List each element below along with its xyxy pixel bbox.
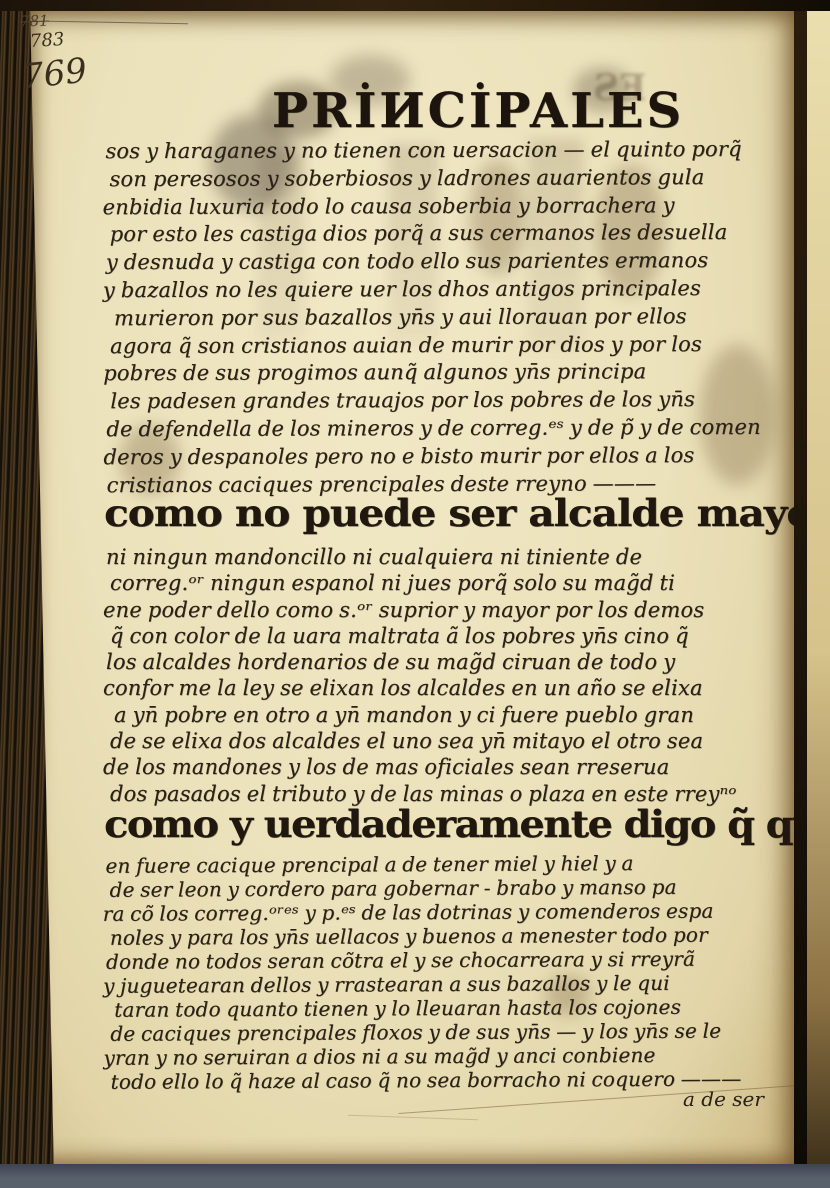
manuscript-line: noles y para los yn̄s uellacos y buenos … (110, 922, 794, 950)
page-fore-edge (794, 4, 807, 1174)
manuscript-line: de caciques prencipales floxos y de sus … (110, 1018, 794, 1046)
section-heading-alcalde: como no puede ser alcalde mayor (104, 491, 794, 535)
manuscript-line: ra cõ los correg.ᵒʳᵉˢ y p.ᵉˢ de las dotr… (103, 898, 794, 926)
folio-number-primary: 769 (20, 51, 89, 98)
manuscript-photo: ES PRİИCİPALES sos y haraganes y no tien… (0, 0, 830, 1188)
manuscript-line: enbidia luxuria todo lo causa soberbia y… (103, 191, 794, 221)
catchword: a de ser (683, 1087, 764, 1111)
manuscript-line: son peresosos y soberbiosos y ladrones a… (109, 164, 794, 194)
manuscript-line: ni ningun mandoncillo ni cualquiera ni t… (106, 544, 794, 570)
manuscript-line: y desnuda y castiga con todo ello sus pa… (106, 247, 794, 277)
manuscript-line: y bazallos no les quiere uer los dhos an… (103, 275, 794, 305)
manuscript-line: por esto les castiga dios porq̃ a sus ce… (110, 219, 794, 249)
manuscript-line: correg.ᵒʳ ningun espanol ni jues porq̃ s… (110, 570, 794, 596)
folio-number-secondary: 783 (29, 29, 65, 52)
background-shadow (0, 1164, 830, 1188)
page-title: PRİИCİPALES (238, 83, 718, 139)
manuscript-line: q̃ con color de la uara maltrata ã los p… (110, 623, 794, 649)
paragraph-principales: sos y haraganes y no tienen con uersacio… (105, 136, 794, 500)
manuscript-line: confor me la ley se elixan los alcaldes … (103, 675, 794, 701)
manuscript-line: les padesen grandes trauajos por los pob… (110, 386, 794, 416)
manuscript-line: de ser leon y cordero para gobernar - br… (110, 874, 794, 902)
manuscript-line: a yn̄ pobre en otro a yn̄ mandon y ci fu… (114, 702, 794, 728)
manuscript-page: ES PRİИCİPALES sos y haraganes y no tien… (28, 9, 794, 1165)
adjacent-page-edge (807, 6, 830, 1178)
folio-number-crossed: 781 (20, 12, 49, 31)
manuscript-line: ene poder dello como s.ᵒʳ suprior y mayo… (103, 597, 794, 623)
manuscript-line: deros y despanoles pero no e bisto murir… (103, 442, 794, 472)
manuscript-line: y juguetearan dellos y rrastearan a sus … (103, 970, 794, 998)
manuscript-line: agora q̃ son cristianos auian de murir p… (110, 330, 794, 360)
section-heading-cacique: como y uerdaderamente digo q̃ qui (104, 802, 794, 846)
paragraph-alcalde: ni ningun mandoncillo ni cualquiera ni t… (106, 544, 794, 807)
crease-line (348, 1115, 478, 1121)
manuscript-line: de defendella de los mineros y de correg… (106, 414, 794, 444)
manuscript-line: murieron por sus bazallos yn̄s y aui llo… (114, 303, 794, 333)
manuscript-line: pobres de sus progimos aunq̃ algunos yn̄… (103, 358, 794, 388)
book-top-edge (0, 0, 830, 11)
manuscript-line: de los mandones y los de mas oficiales s… (103, 754, 794, 780)
paragraph-cacique: en fuere cacique prencipal a de tener mi… (105, 850, 794, 1094)
manuscript-line: en fuere cacique prencipal a de tener mi… (105, 850, 794, 878)
manuscript-line: donde no todos seran cõtra el y se choca… (106, 946, 794, 974)
manuscript-line: de se elixa dos alcaldes el uno sea yn̄ … (110, 728, 794, 754)
manuscript-line: taran todo quanto tienen y lo lleuaran h… (114, 994, 794, 1022)
manuscript-line: los alcaldes hordenarios de su mag̃d cir… (106, 649, 794, 675)
manuscript-line: yran y no seruiran a dios ni a su mag̃d … (103, 1042, 794, 1070)
manuscript-line: sos y haraganes y no tienen con uersacio… (105, 136, 794, 166)
